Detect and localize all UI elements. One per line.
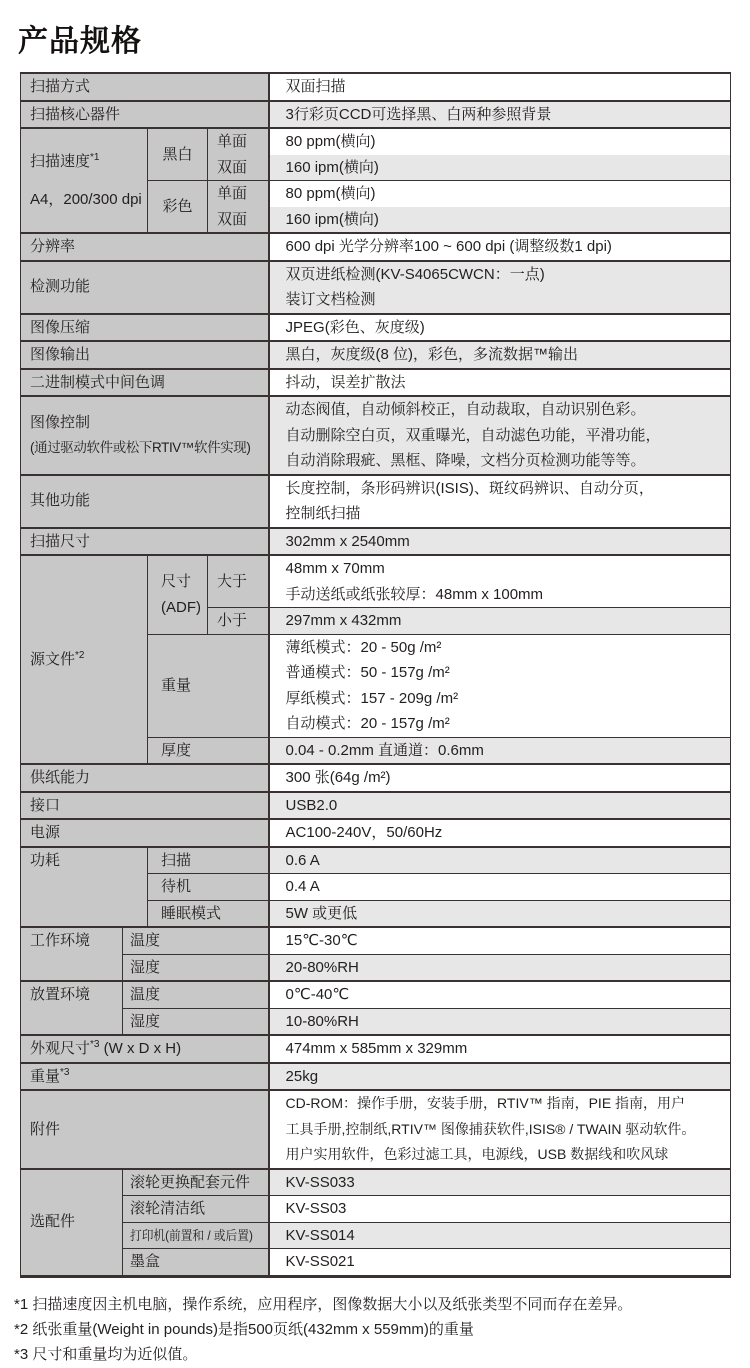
consumption-standby-value: 0.4 A: [269, 874, 731, 901]
options-printer-value: KV-SS014: [269, 1222, 731, 1249]
options-ink-value: KV-SS021: [269, 1249, 731, 1277]
row-options-ink: 墨盒 KV-SS021: [21, 1249, 731, 1277]
scan-speed-simplex-label2: 单面: [208, 181, 269, 207]
storage-env-label: 放置环境: [21, 981, 123, 1035]
source-doc-max-label: 小于: [208, 608, 269, 635]
scan-core-value: 3行彩页CCD可选择黑、白两种参照背景: [269, 101, 731, 129]
row-halftone: 二进制模式中间色调 抖动，误差扩散法: [21, 369, 731, 397]
row-operating-humidity: 湿度 20-80%RH: [21, 954, 731, 981]
row-feed-capacity: 供纸能力 300 张(64g /m²): [21, 764, 731, 792]
source-doc-size-label: 尺寸 (ADF): [148, 555, 208, 634]
row-accessories: 附件 CD-ROM：操作手册，安装手册，RTIV™ 指南，PIE 指南，用户 工…: [21, 1090, 731, 1169]
resolution-value: 600 dpi 光学分辨率100 ~ 600 dpi (调整级数1 dpi): [269, 233, 731, 261]
row-image-control: 图像控制 (通过驱动软件或松下RTIV™软件实现) 动态阀值，自动倾斜校正，自动…: [21, 396, 731, 475]
row-options-printer: 打印机(前置和 / 或后置) KV-SS014: [21, 1222, 731, 1249]
row-detection: 检测功能 双页进纸检测(KV-S4065CWCN：一点) 装订文档检测: [21, 261, 731, 314]
row-scan-size: 扫描尺寸 302mm x 2540mm: [21, 528, 731, 556]
options-cleaning-label: 滚轮清洁纸: [123, 1196, 269, 1223]
page-title: 产品规格: [18, 16, 730, 60]
row-operating-temp: 工作环境 温度 15℃-30℃: [21, 927, 731, 954]
options-printer-label: 打印机(前置和 / 或后置): [123, 1222, 269, 1249]
scan-speed-color-simplex-value: 80 ppm(横向): [269, 181, 731, 207]
halftone-label: 二进制模式中间色调: [21, 369, 269, 397]
scan-size-value: 302mm x 2540mm: [269, 528, 731, 556]
row-options-cleaning: 滚轮清洁纸 KV-SS03: [21, 1196, 731, 1223]
accessories-value: CD-ROM：操作手册，安装手册，RTIV™ 指南，PIE 指南，用户 工具手册…: [269, 1090, 731, 1169]
weight-value: 25kg: [269, 1063, 731, 1091]
row-storage-temp: 放置环境 温度 0℃-40℃: [21, 981, 731, 1008]
consumption-label: 功耗: [21, 847, 148, 928]
feed-capacity-label: 供纸能力: [21, 764, 269, 792]
interface-value: USB2.0: [269, 792, 731, 820]
footnote-1: *1 扫描速度因主机电脑，操作系统，应用程序，图像数据大小以及纸张类型不同而存在…: [14, 1292, 730, 1317]
source-doc-min-value: 48mm x 70mm 手动送纸或纸张较厚：48mm x 100mm: [269, 555, 731, 608]
detection-label: 检测功能: [21, 261, 269, 314]
consumption-standby-label: 待机: [148, 874, 269, 901]
row-compression: 图像压缩 JPEG(彩色、灰度级): [21, 314, 731, 342]
scan-speed-simplex-label: 单面: [208, 128, 269, 155]
operating-temp-value: 15℃-30℃: [269, 927, 731, 954]
output-label: 图像输出: [21, 341, 269, 369]
scan-speed-label: 扫描速度*1 A4，200/300 dpi: [21, 128, 148, 233]
spec-sheet-page: 产品规格 扫描方式 双面扫描 扫描核心器件 3行彩页CCD可选择黑、白两种参照背…: [0, 0, 750, 1368]
consumption-sleep-value: 5W 或更低: [269, 900, 731, 927]
storage-temp-value: 0℃-40℃: [269, 981, 731, 1008]
options-roller-value: KV-SS033: [269, 1169, 731, 1196]
row-scan-method: 扫描方式 双面扫描: [21, 73, 731, 101]
source-doc-thickness-label: 厚度: [148, 737, 269, 764]
row-scan-speed-bw-simplex: 扫描速度*1 A4，200/300 dpi 黑白 单面 80 ppm(横向): [21, 128, 731, 155]
options-roller-label: 滚轮更换配套元件: [123, 1169, 269, 1196]
row-weight: 重量*3 25kg: [21, 1063, 731, 1091]
footnotes: *1 扫描速度因主机电脑，操作系统，应用程序，图像数据大小以及纸张类型不同而存在…: [14, 1292, 730, 1367]
scan-core-label: 扫描核心器件: [21, 101, 269, 129]
scan-method-label: 扫描方式: [21, 73, 269, 101]
dimensions-value: 474mm x 585mm x 329mm: [269, 1035, 731, 1063]
operating-temp-label: 温度: [123, 927, 269, 954]
dimensions-label: 外观尺寸*3 (W x D x H): [21, 1035, 269, 1063]
row-storage-humidity: 湿度 10-80%RH: [21, 1008, 731, 1035]
scan-speed-duplex-label2: 双面: [208, 207, 269, 234]
feed-capacity-value: 300 张(64g /m²): [269, 764, 731, 792]
footnote-2: *2 纸张重量(Weight in pounds)是指500页纸(432mm x…: [14, 1317, 730, 1342]
operating-env-label: 工作环境: [21, 927, 123, 981]
row-power: 电源 AC100-240V，50/60Hz: [21, 819, 731, 847]
row-consumption-scan: 功耗 扫描 0.6 A: [21, 847, 731, 874]
source-doc-thickness-value: 0.04 - 0.2mm 直通道：0.6mm: [269, 737, 731, 764]
scan-size-label: 扫描尺寸: [21, 528, 269, 556]
options-ink-label: 墨盒: [123, 1249, 269, 1277]
weight-label: 重量*3: [21, 1063, 269, 1091]
options-cleaning-value: KV-SS03: [269, 1196, 731, 1223]
halftone-value: 抖动，误差扩散法: [269, 369, 731, 397]
operating-humidity-label: 湿度: [123, 954, 269, 981]
source-doc-max-value: 297mm x 432mm: [269, 608, 731, 635]
options-label: 选配件: [21, 1169, 123, 1277]
consumption-scan-value: 0.6 A: [269, 847, 731, 874]
row-scan-core: 扫描核心器件 3行彩页CCD可选择黑、白两种参照背景: [21, 101, 731, 129]
resolution-label: 分辨率: [21, 233, 269, 261]
scan-speed-color-duplex-value: 160 ipm(横向): [269, 207, 731, 234]
accessories-label: 附件: [21, 1090, 269, 1169]
row-other-functions: 其他功能 长度控制，条形码辨识(ISIS)、斑纹码辨识、自动分页， 控制纸扫描: [21, 475, 731, 528]
image-control-value: 动态阀值，自动倾斜校正，自动裁取，自动识别色彩。 自动删除空白页，双重曝光，自动…: [269, 396, 731, 475]
footnote-3: *3 尺寸和重量均为近似值。: [14, 1342, 730, 1367]
output-value: 黑白，灰度级(8 位)，彩色，多流数据™输出: [269, 341, 731, 369]
source-doc-label: 源文件*2: [21, 555, 148, 764]
row-resolution: 分辨率 600 dpi 光学分辨率100 ~ 600 dpi (调整级数1 dp…: [21, 233, 731, 261]
detection-value: 双页进纸检测(KV-S4065CWCN：一点) 装订文档检测: [269, 261, 731, 314]
image-control-label-note: (通过驱动软件或松下RTIV™软件实现): [30, 435, 268, 461]
spec-table: 扫描方式 双面扫描 扫描核心器件 3行彩页CCD可选择黑、白两种参照背景 扫描速…: [20, 72, 731, 1278]
consumption-scan-label: 扫描: [148, 847, 269, 874]
source-doc-weight-label: 重量: [148, 634, 269, 737]
storage-humidity-label: 湿度: [123, 1008, 269, 1035]
storage-humidity-value: 10-80%RH: [269, 1008, 731, 1035]
operating-humidity-value: 20-80%RH: [269, 954, 731, 981]
row-source-doc-min: 源文件*2 尺寸 (ADF) 大于 48mm x 70mm 手动送纸或纸张较厚：…: [21, 555, 731, 608]
scan-speed-label-line1: 扫描速度*1: [30, 149, 147, 175]
scan-speed-bw-simplex-value: 80 ppm(横向): [269, 128, 731, 155]
power-value: AC100-240V，50/60Hz: [269, 819, 731, 847]
interface-label: 接口: [21, 792, 269, 820]
scan-speed-color-label: 彩色: [148, 181, 208, 234]
row-options-roller: 选配件 滚轮更换配套元件 KV-SS033: [21, 1169, 731, 1196]
scan-speed-label-line2: A4，200/300 dpi: [30, 187, 147, 213]
row-dimensions: 外观尺寸*3 (W x D x H) 474mm x 585mm x 329mm: [21, 1035, 731, 1063]
other-functions-label: 其他功能: [21, 475, 269, 528]
compression-value: JPEG(彩色、灰度级): [269, 314, 731, 342]
image-control-label: 图像控制 (通过驱动软件或松下RTIV™软件实现): [21, 396, 269, 475]
compression-label: 图像压缩: [21, 314, 269, 342]
source-doc-min-label: 大于: [208, 555, 269, 608]
storage-temp-label: 温度: [123, 981, 269, 1008]
scan-speed-duplex-label: 双面: [208, 155, 269, 181]
row-interface: 接口 USB2.0: [21, 792, 731, 820]
consumption-sleep-label: 睡眠模式: [148, 900, 269, 927]
scan-method-value: 双面扫描: [269, 73, 731, 101]
other-functions-value: 长度控制，条形码辨识(ISIS)、斑纹码辨识、自动分页， 控制纸扫描: [269, 475, 731, 528]
power-label: 电源: [21, 819, 269, 847]
scan-speed-bw-duplex-value: 160 ipm(横向): [269, 155, 731, 181]
row-output: 图像输出 黑白，灰度级(8 位)，彩色，多流数据™输出: [21, 341, 731, 369]
source-doc-weight-value: 薄纸模式：20 - 50g /m² 普通模式：50 - 157g /m² 厚纸模…: [269, 634, 731, 737]
scan-speed-bw-label: 黑白: [148, 128, 208, 181]
